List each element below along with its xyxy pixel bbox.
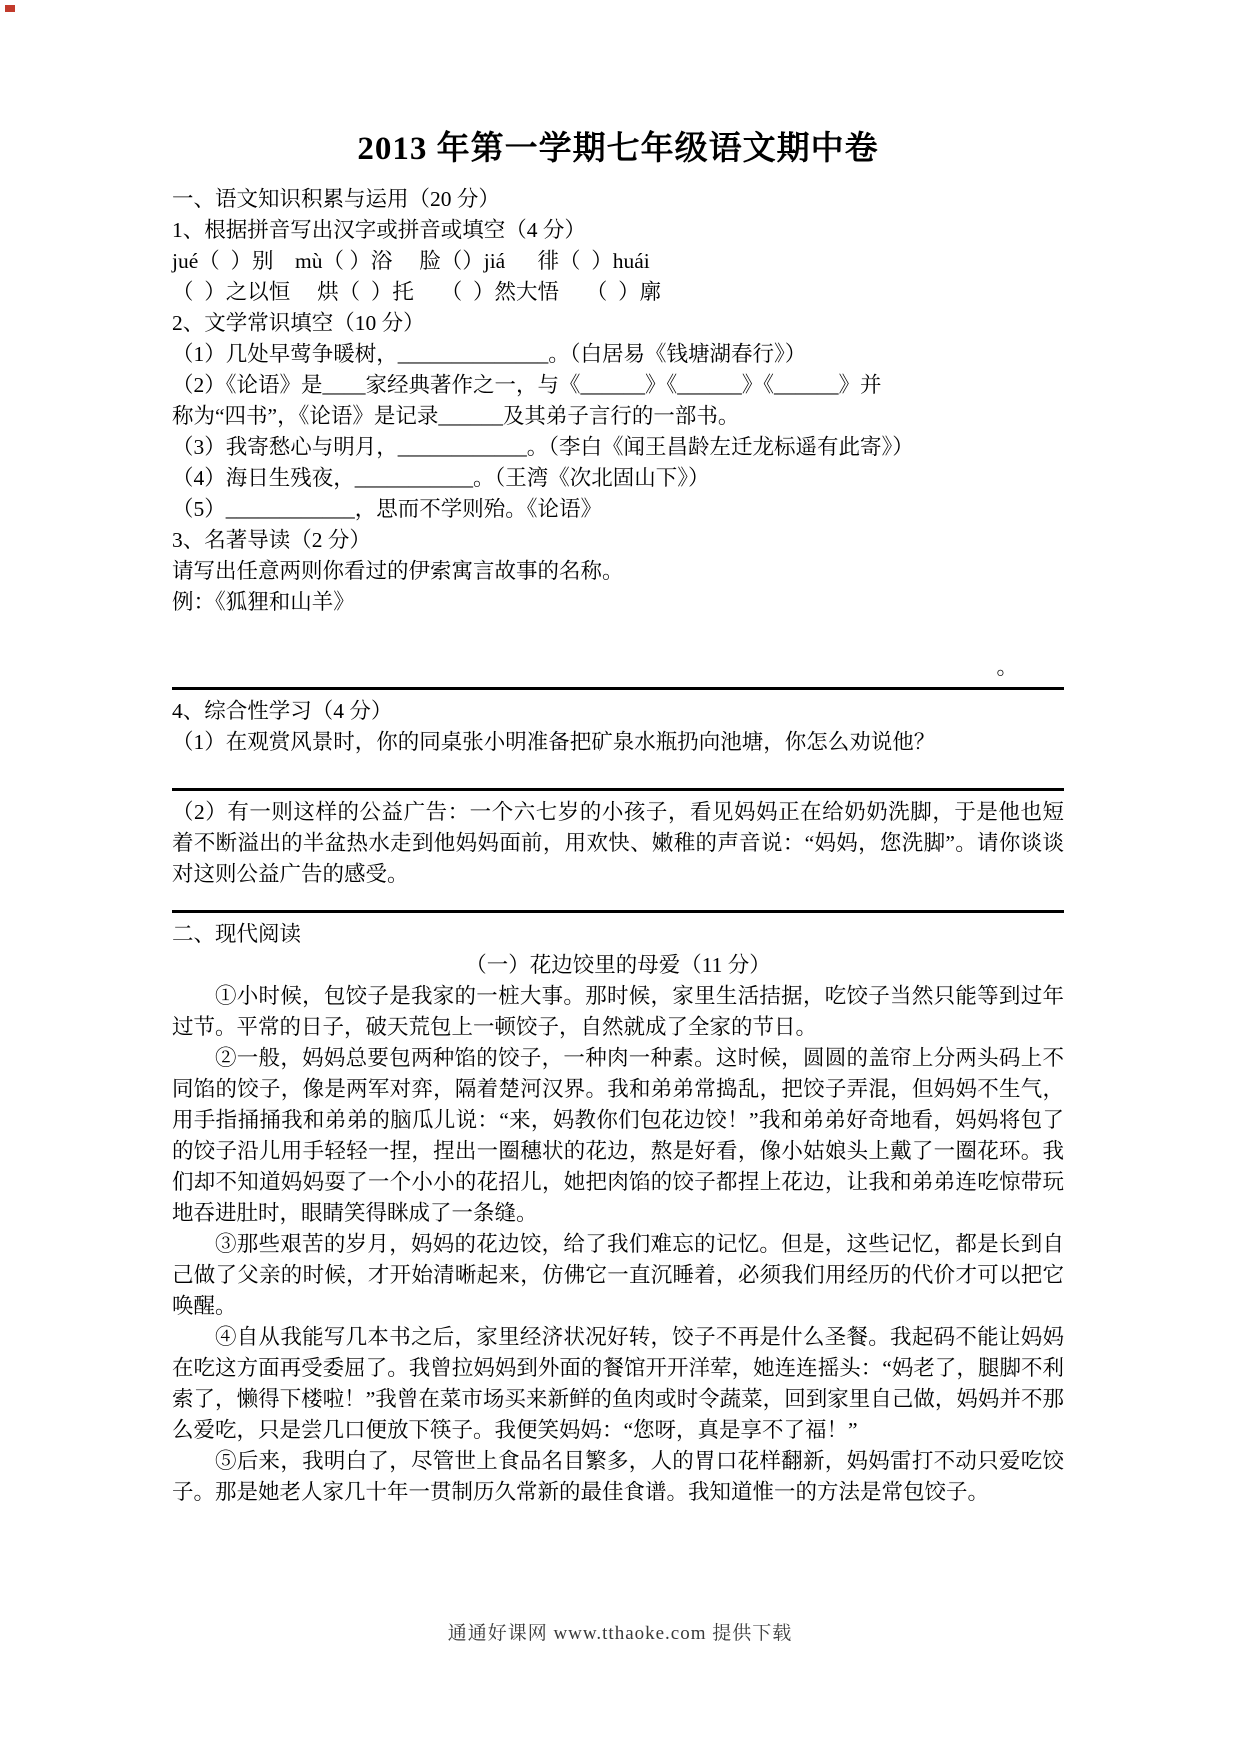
question-2-item-1: （1）几处早莺争暖树，______________。（白居易《钱塘湖春行》） — [172, 339, 1064, 370]
answer-rule-2 — [172, 788, 1064, 791]
page-content: 2013 年第一学期七年级语文期中卷 一、语文知识积累与运用（20 分） 1、根… — [172, 128, 1064, 1508]
question-2-item-3: （3）我寄愁心与明月，____________。（李白《闻王昌龄左迁龙标遥有此寄… — [172, 432, 1064, 463]
question-4-heading: 4、综合性学习（4 分） — [172, 696, 1064, 727]
reading-passage-title: （一）花边饺里的母爱（11 分） — [172, 950, 1064, 981]
question-3-prompt: 请写出任意两则你看过的伊索寓言故事的名称。 — [172, 556, 1064, 587]
passage-paragraph-4: ④自从我能写几本书之后，家里经济状况好转，饺子不再是什么圣餐。我起码不能让妈妈在… — [172, 1322, 1064, 1446]
question-3-example: 例：《狐狸和山羊》 — [172, 587, 1064, 618]
question-3-heading: 3、名著导读（2 分） — [172, 525, 1064, 556]
section1-heading: 一、语文知识积累与运用（20 分） — [172, 184, 1064, 215]
question-4-item-1: （1）在观赏风景时，你的同桌张小明准备把矿泉水瓶扔向池塘，你怎么劝说他？ — [172, 727, 1064, 758]
answer-rule-3 — [172, 910, 1064, 913]
passage-paragraph-3: ③那些艰苦的岁月，妈妈的花边饺，给了我们难忘的记忆。但是，这些记忆，都是长到自己… — [172, 1229, 1064, 1322]
question-4-item-2: （2）有一则这样的公益广告：一个六七岁的小孩子，看见妈妈正在给奶奶洗脚，于是他也… — [172, 797, 1064, 890]
question-2-item-2: （2）《论语》是____家经典著作之一，与《______》《______》《__… — [172, 370, 1064, 401]
pinyin-blank-line-2: （ ）之以恒 烘（ ）托 （ ）然大悟 （ ）廓 — [172, 277, 1064, 308]
question-2-item-5: （5）____________，思而不学则殆。《论语》 — [172, 494, 1064, 525]
passage-paragraph-1: ①小时候，包饺子是我家的一桩大事。那时候，家里生活拮据，吃饺子当然只能等到过年过… — [172, 981, 1064, 1043]
scan-artifact-mark — [5, 5, 15, 12]
page-title: 2013 年第一学期七年级语文期中卷 — [172, 128, 1064, 170]
passage-paragraph-5: ⑤后来，我明白了，尽管世上食品名目繁多，人的胃口花样翻新，妈妈雷打不动只爱吃饺子… — [172, 1446, 1064, 1508]
section2-heading: 二、现代阅读 — [172, 919, 1064, 950]
answer-rule-1 — [172, 687, 1064, 690]
watermark-footer: 通通好课网 www.tthaoke.com 提供下载 — [0, 1618, 1240, 1645]
question-2-item-2-cont: 称为“四书”，《论语》是记录______及其弟子言行的一部书。 — [172, 401, 1064, 432]
question-1-heading: 1、根据拼音写出汉字或拼音或填空（4 分） — [172, 215, 1064, 246]
answer-space-1 — [172, 758, 1064, 784]
passage-paragraph-2: ②一般，妈妈总要包两种馅的饺子，一种肉一种素。这时候，圆圆的盖帘上分两头码上不同… — [172, 1043, 1064, 1229]
question-2-item-4: （4）海日生残夜，___________。（王湾《次北固山下》） — [172, 463, 1064, 494]
question-2-heading: 2、文学常识填空（10 分） — [172, 308, 1064, 339]
answer-space-2 — [172, 890, 1064, 906]
pinyin-blank-line-1: jué（ ）别 mù（ ）浴 脸（）jiá 徘（ ）huái — [172, 246, 1064, 277]
exam-page: 2013 年第一学期七年级语文期中卷 一、语文知识积累与运用（20 分） 1、根… — [0, 0, 1240, 1754]
answer-line-period: 。 — [172, 652, 1064, 683]
